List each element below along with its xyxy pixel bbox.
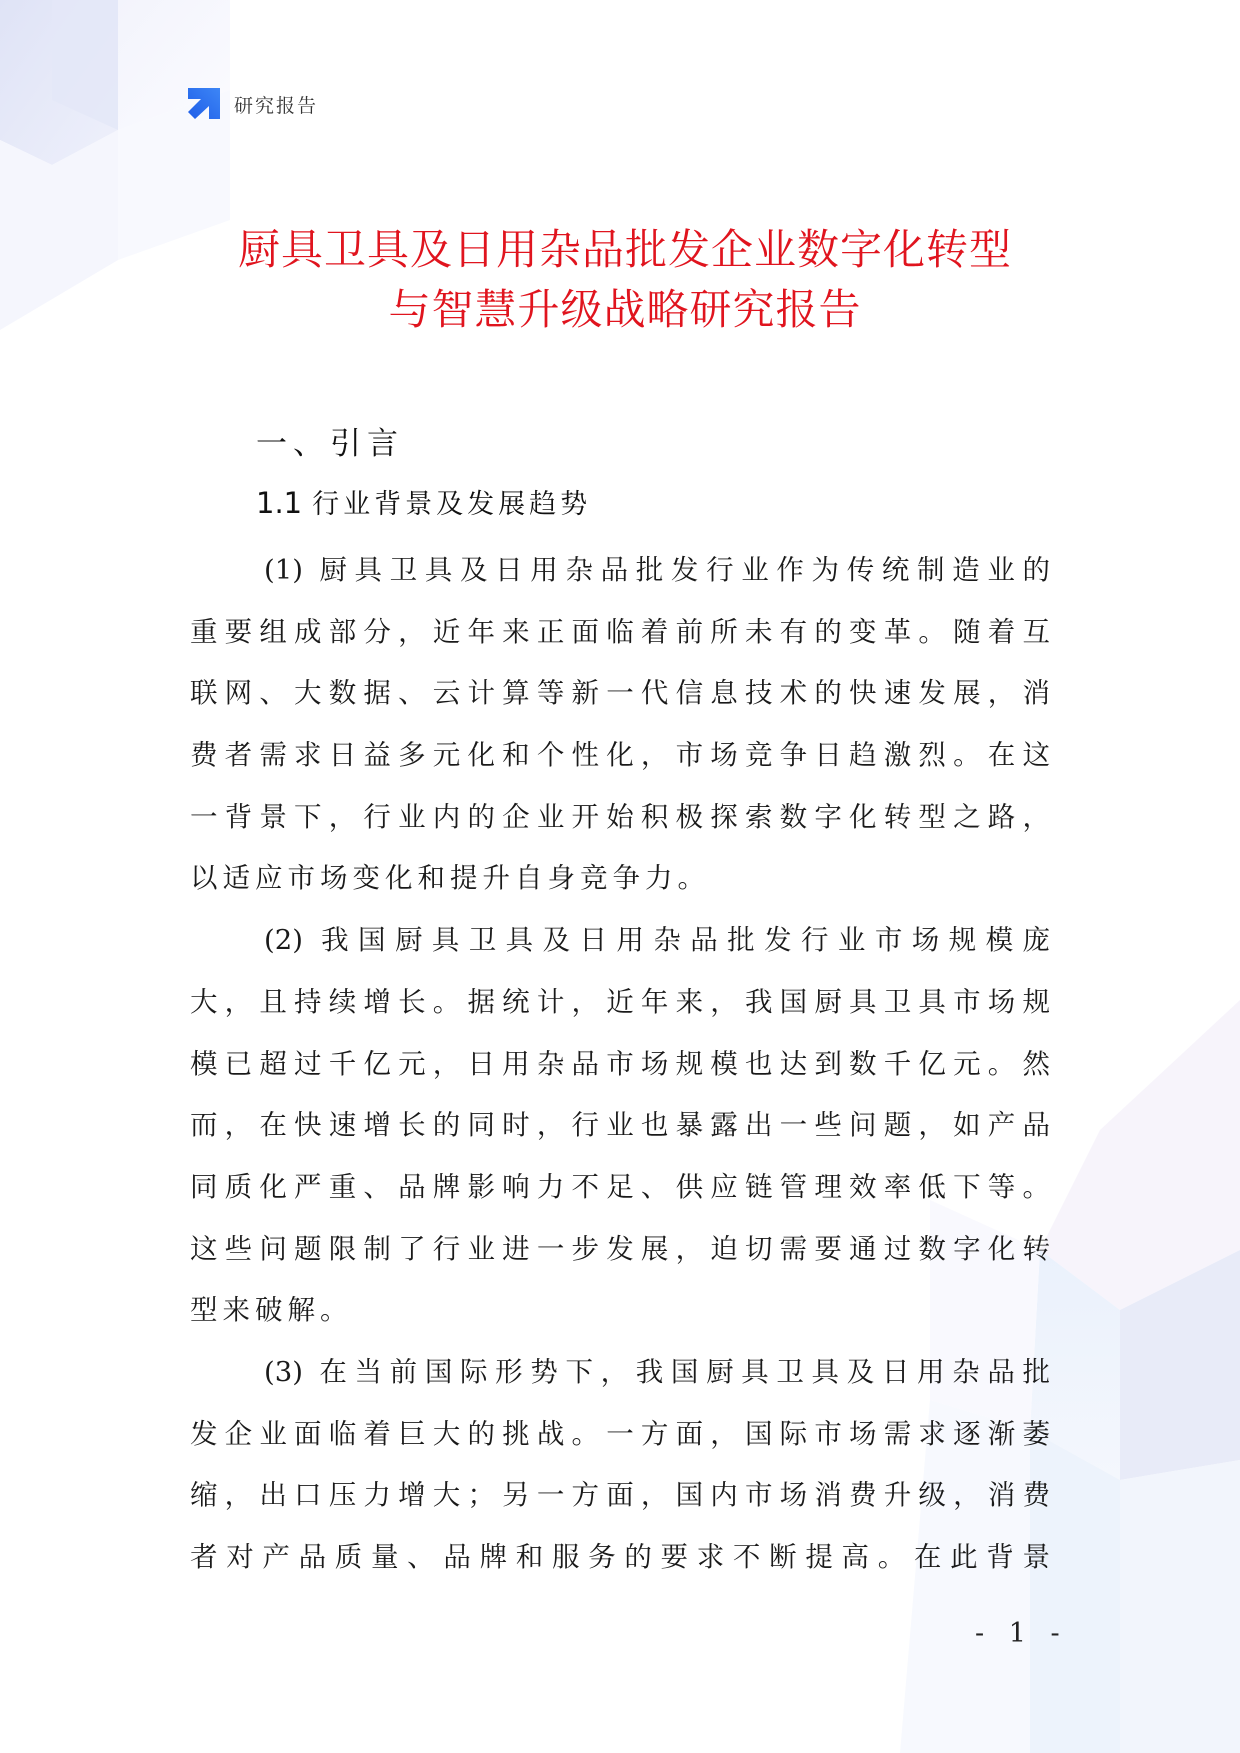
paragraph-3-line: 发企业面临着巨大的挑战。一方面，国际市场需求逐渐萎 (190, 1404, 1050, 1466)
paragraph-2-line: 同质化严重、品牌影响力不足、供应链管理效率低下等。 (190, 1157, 1050, 1219)
paragraph-2-line: 这些问题限制了行业进一步发展，迫切需要通过数字化转 (190, 1219, 1050, 1281)
paragraph-1-line: 以适应市场变化和提升自身竞争力。 (190, 848, 1050, 910)
body-text: (1) 厨具卫具及日用杂品批发行业作为传统制造业的 重要组成部分，近年来正面临着… (190, 540, 1050, 1589)
title-line-2: 与智慧升级战略研究报告 (0, 280, 1240, 340)
subsection-number: 1.1 (256, 486, 302, 520)
subsection-title: 行业背景及发展趋势 (312, 482, 591, 521)
report-title: 厨具卫具及日用杂品批发企业数字化转型 与智慧升级战略研究报告 (0, 220, 1240, 340)
paragraph-1-line: 联网、大数据、云计算等新一代信息技术的快速发展，消 (190, 663, 1050, 725)
document-page: 研究报告 厨具卫具及日用杂品批发企业数字化转型 与智慧升级战略研究报告 一、引言… (0, 0, 1240, 1753)
paragraph-2-line: 大，且持续增长。据统计，近年来，我国厨具卫具市场规 (190, 972, 1050, 1034)
paragraph-2-line: 模已超过千亿元，日用杂品市场规模也达到数千亿元。然 (190, 1034, 1050, 1096)
paragraph-3-line: 缩，出口压力增大；另一方面，国内市场消费升级，消费 (190, 1465, 1050, 1527)
paragraph-1-line: 重要组成部分，近年来正面临着前所未有的变革。随着互 (190, 602, 1050, 664)
paragraph-3-line: (3) 在当前国际形势下，我国厨具卫具及日用杂品批 (190, 1342, 1050, 1404)
paragraph-2-line: 而，在快速增长的同时，行业也暴露出一些问题，如产品 (190, 1095, 1050, 1157)
paragraph-3-line: 者对产品质量、品牌和服务的要求不断提高。在此背景 (190, 1527, 1050, 1589)
arrow-up-right-icon (188, 88, 220, 120)
paragraph-1-line: (1) 厨具卫具及日用杂品批发行业作为传统制造业的 (190, 540, 1050, 602)
subsection-heading: 1.1 行业背景及发展趋势 (256, 482, 591, 521)
report-brand-header: 研究报告 (188, 88, 318, 120)
section-heading: 一、引言 (256, 418, 404, 463)
title-line-1: 厨具卫具及日用杂品批发企业数字化转型 (0, 220, 1240, 280)
paragraph-1-line: 费者需求日益多元化和个性化，市场竞争日趋激烈。在这 (190, 725, 1050, 787)
page-number: - 1 - (975, 1618, 1068, 1649)
paragraph-2-line: (2) 我国厨具卫具及日用杂品批发行业市场规模庞 (190, 910, 1050, 972)
paragraph-1-line: 一背景下，行业内的企业开始积极探索数字化转型之路， (190, 787, 1050, 849)
paragraph-2-line: 型来破解。 (190, 1280, 1050, 1342)
brand-label: 研究报告 (234, 91, 318, 118)
